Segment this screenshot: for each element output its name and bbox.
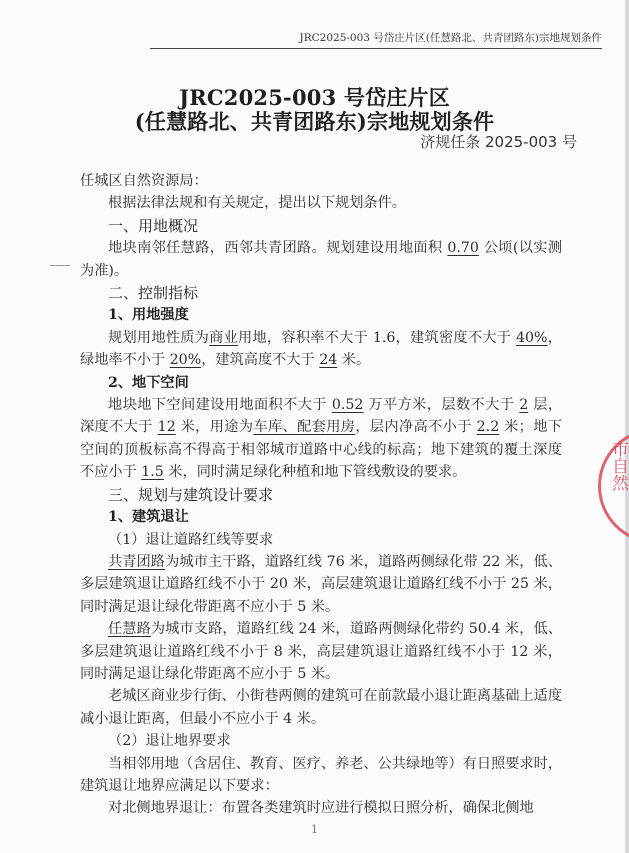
section-3-1-heading: 1、建筑退让 — [80, 506, 562, 528]
text: 万平方米，层数不大于 — [363, 397, 519, 413]
road-1-paragraph: 共青团路为城市主干路，道路红线 76 米，道路两侧绿化带 22 米，低、多层建筑… — [80, 551, 562, 618]
text: 米。 — [337, 352, 370, 368]
addressee: 任城区自然资源局： — [80, 170, 562, 192]
road-1-name: 共青团路 — [108, 554, 165, 570]
underground-area-value: 0.52 — [332, 397, 364, 413]
old-town-paragraph: 老城区商业步行街、小街巷两侧的建筑可在前款最小退让距离基础上适度减小退让距离，但… — [80, 685, 562, 730]
road-2-paragraph: 任慧路为城市支路，道路红线 24 米，道路两侧绿化带约 50.4 米，低、多层建… — [80, 618, 562, 685]
text: 为城市支路，道路红线 24 米，道路两侧绿化带约 50.4 米，低、多层建筑退让… — [80, 621, 562, 682]
document-body: 任城区自然资源局： 根据法律法规和有关规定，提出以下规划条件。 一、用地概况 地… — [80, 170, 562, 820]
land-intensity-paragraph: 规划用地性质为商业用地，容积率不大于 1.6，建筑密度不大于 40%，绿地率不小… — [80, 327, 562, 372]
margin-mark — [50, 265, 70, 266]
boundary-paragraph: 当相邻用地（含居住、教育、医疗、养老、公共绿地等）有日照要求时，建筑退让地界应满… — [80, 753, 562, 798]
text: 规划用地性质为 — [108, 330, 209, 346]
floors-value: 2 — [519, 397, 528, 413]
section-3-heading: 三、规划与建筑设计要求 — [80, 484, 562, 506]
text: 地块地下空间建设用地面积不大于 — [108, 397, 332, 413]
item-2-heading: （2）退让地界要求 — [80, 730, 562, 752]
section-1-paragraph: 地块南邻任慧路，西邻共青团路。规划建设用地面积 0.70 公顷(以实测为准)。 — [80, 237, 562, 282]
section-2-2-heading: 2、地下空间 — [80, 372, 562, 394]
land-area-value: 0.70 — [447, 240, 479, 256]
clear-height-value: 2.2 — [477, 419, 500, 435]
text: 用地，容积率不大于 1.6，建筑密度不大于 — [238, 330, 516, 346]
item-1-heading: （1）退让道路红线等要求 — [80, 529, 562, 551]
section-1-heading: 一、用地概况 — [80, 215, 562, 237]
road-2-name: 任慧路 — [108, 621, 151, 637]
text: ，层内净高不小于 — [355, 419, 476, 435]
cover-depth-value: 1.5 — [141, 464, 164, 480]
intro-paragraph: 根据法律法规和有关规定，提出以下规划条件。 — [80, 192, 562, 214]
document-number: 济规任条 2025-003 号 — [420, 131, 577, 152]
page-number: 1 — [0, 823, 629, 836]
underground-paragraph: 地块地下空间建设用地面积不大于 0.52 万平方米，层数不大于 2 层，深度不大… — [80, 394, 562, 484]
text: 米，用途为 — [176, 419, 254, 435]
height-value: 24 — [319, 352, 337, 368]
section-2-heading: 二、控制指标 — [80, 282, 562, 304]
text: ，建筑高度不大于 — [201, 352, 319, 368]
usage-value: 车库、配套用房 — [253, 419, 355, 435]
text: 地块南邻任慧路，西邻共青团路。规划建设用地面积 — [108, 240, 447, 256]
north-boundary-paragraph: 对北侧地界退让：布置各类建筑时应进行模拟日照分析，确保北侧地 — [80, 797, 562, 819]
density-value: 40% — [516, 330, 548, 346]
text: 米，同时满足绿化种植和地下管线敷设的要求。 — [164, 464, 466, 480]
land-use-value: 商业 — [209, 330, 238, 346]
running-header: JRC2025-003 号岱庄片区(任慧路北、共青团路东)宗地规划条件 — [150, 30, 602, 49]
section-2-1-heading: 1、用地强度 — [80, 304, 562, 326]
seal-text: 市自然 — [608, 440, 628, 491]
depth-value: 12 — [158, 419, 176, 435]
green-ratio-value: 20% — [170, 352, 202, 368]
